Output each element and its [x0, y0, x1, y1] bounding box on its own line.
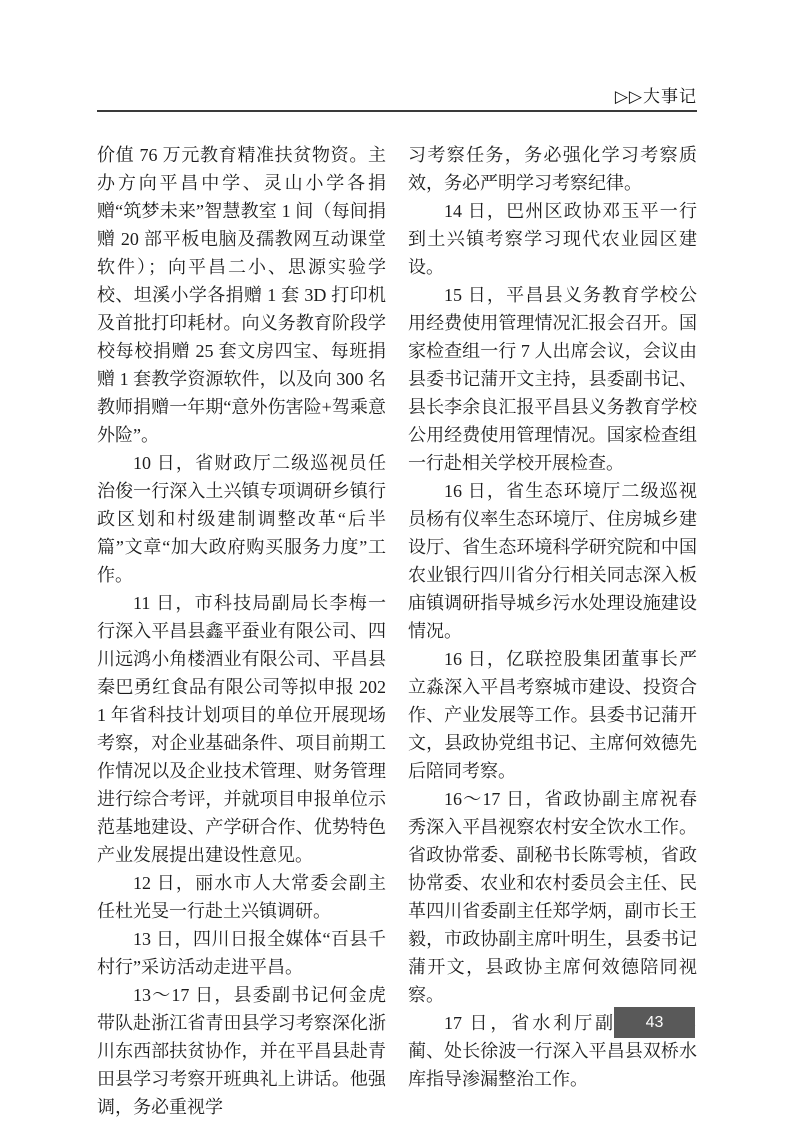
paragraph: 16 日，省生态环境厅二级巡视员杨有仪率生态环境厅、住房城乡建设厅、省生态环境科…: [408, 477, 697, 645]
column-right: 习考察任务，务必强化学习考察质效，务必严明学习考察纪律。 14 日，巴州区政协邓…: [408, 141, 697, 1121]
paragraph: 习考察任务，务必强化学习考察质效，务必严明学习考察纪律。: [408, 141, 697, 197]
paragraph: 11 日，市科技局副局长李梅一行深入平昌县鑫平蚕业有限公司、四川远鸿小角楼酒业有…: [97, 589, 386, 869]
paragraph: 价值 76 万元教育精准扶贫物资。主办方向平昌中学、灵山小学各捐赠“筑梦未来”智…: [97, 141, 386, 449]
document-page: ▷▷大事记 价值 76 万元教育精准扶贫物资。主办方向平昌中学、灵山小学各捐赠“…: [0, 0, 793, 1122]
header-title: ▷▷大事记: [615, 82, 697, 107]
column-left: 价值 76 万元教育精准扶贫物资。主办方向平昌中学、灵山小学各捐赠“筑梦未来”智…: [97, 141, 386, 1121]
paragraph: 16～17 日，省政协副主席祝春秀深入平昌视察农村安全饮水工作。省政协常委、副秘…: [408, 785, 697, 1009]
paragraph: 14 日，巴州区政协邓玉平一行到土兴镇考察学习现代农业园区建设。: [408, 197, 697, 281]
page-content: 价值 76 万元教育精准扶贫物资。主办方向平昌中学、灵山小学各捐赠“筑梦未来”智…: [97, 141, 697, 1121]
paragraph: 15 日，平昌县义务教育学校公用经费使用管理情况汇报会召开。国家检查组一行 7 …: [408, 281, 697, 477]
paragraph: 16 日，亿联控股集团董事长严立淼深入平昌考察城市建设、投资合作、产业发展等工作…: [408, 645, 697, 785]
paragraph: 13 日，四川日报全媒体“百县千村行”采访活动走进平昌。: [97, 925, 386, 981]
page-header: ▷▷大事记: [97, 0, 697, 112]
page-number-badge: 43: [614, 1007, 695, 1038]
paragraph: 12 日，丽水市人大常委会副主任杜光旻一行赴土兴镇调研。: [97, 869, 386, 925]
paragraph: 13～17 日，县委副书记何金虎带队赴浙江省青田县学习考察深化浙川东西部扶贫协作…: [97, 981, 386, 1121]
paragraph: 10 日，省财政厅二级巡视员任治俊一行深入土兴镇专项调研乡镇行政区划和村级建制调…: [97, 449, 386, 589]
